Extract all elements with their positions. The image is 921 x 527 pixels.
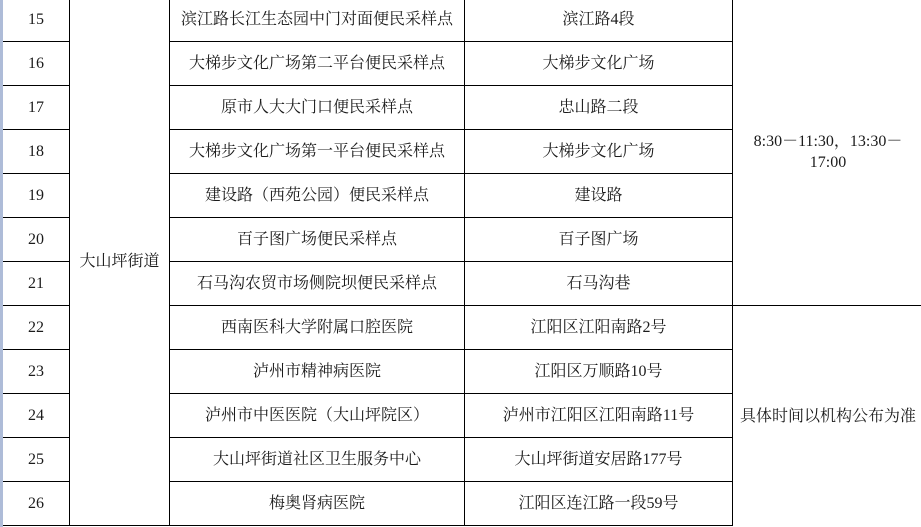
address-cell: 大梯步文化广场 — [465, 42, 733, 86]
street-cell: 大山坪街道 — [70, 0, 170, 526]
address-cell: 滨江路4段 — [465, 0, 733, 42]
time-line: 具体时间以机构公布为准 — [740, 406, 916, 427]
row-number-cell: 20 — [3, 218, 70, 262]
address-cell: 百子图广场 — [465, 218, 733, 262]
address-cell: 江阳区连江路一段59号 — [465, 482, 733, 526]
time-cell-section-1: 8:30－11:30，13:30－ 17:00 — [733, 0, 921, 306]
row-number-cell: 26 — [3, 482, 70, 526]
site-name-cell: 大梯步文化广场第二平台便民采样点 — [170, 42, 465, 86]
sampling-sites-table-page: 大山坪街道 8:30－11:30，13:30－ 17:00 具体时间以机构公布为… — [0, 0, 921, 527]
row-number-cell: 23 — [3, 350, 70, 394]
address-cell: 泸州市江阳区江阳南路11号 — [465, 394, 733, 438]
time-line-1: 8:30－11:30，13:30－ — [754, 131, 903, 152]
row-number-cell: 18 — [3, 130, 70, 174]
site-name-cell: 大山坪街道社区卫生服务中心 — [170, 438, 465, 482]
sampling-sites-table: 大山坪街道 8:30－11:30，13:30－ 17:00 具体时间以机构公布为… — [3, 0, 921, 526]
site-name-cell: 梅奥肾病医院 — [170, 482, 465, 526]
address-cell: 建设路 — [465, 174, 733, 218]
row-number-cell: 17 — [3, 86, 70, 130]
site-name-cell: 建设路（西苑公园）便民采样点 — [170, 174, 465, 218]
site-name-cell: 百子图广场便民采样点 — [170, 218, 465, 262]
address-cell: 忠山路二段 — [465, 86, 733, 130]
row-number-cell: 16 — [3, 42, 70, 86]
address-cell: 江阳区江阳南路2号 — [465, 306, 733, 350]
row-number-cell: 21 — [3, 262, 70, 306]
row-number-cell: 24 — [3, 394, 70, 438]
row-number-cell: 22 — [3, 306, 70, 350]
site-name-cell: 石马沟农贸市场侧院坝便民采样点 — [170, 262, 465, 306]
site-name-cell: 泸州市精神病医院 — [170, 350, 465, 394]
row-number-cell: 25 — [3, 438, 70, 482]
address-cell: 江阳区万顺路10号 — [465, 350, 733, 394]
site-name-cell: 泸州市中医医院（大山坪院区） — [170, 394, 465, 438]
site-name-cell: 滨江路长江生态园中门对面便民采样点 — [170, 0, 465, 42]
row-number-cell: 15 — [3, 0, 70, 42]
row-number-cell: 19 — [3, 174, 70, 218]
address-cell: 石马沟巷 — [465, 262, 733, 306]
time-line-2: 17:00 — [810, 152, 846, 173]
site-name-cell: 大梯步文化广场第一平台便民采样点 — [170, 130, 465, 174]
address-cell: 大山坪街道安居路177号 — [465, 438, 733, 482]
address-cell: 大梯步文化广场 — [465, 130, 733, 174]
time-cell-section-2: 具体时间以机构公布为准 — [733, 306, 921, 526]
site-name-cell: 西南医科大学附属口腔医院 — [170, 306, 465, 350]
site-name-cell: 原市人大大门口便民采样点 — [170, 86, 465, 130]
